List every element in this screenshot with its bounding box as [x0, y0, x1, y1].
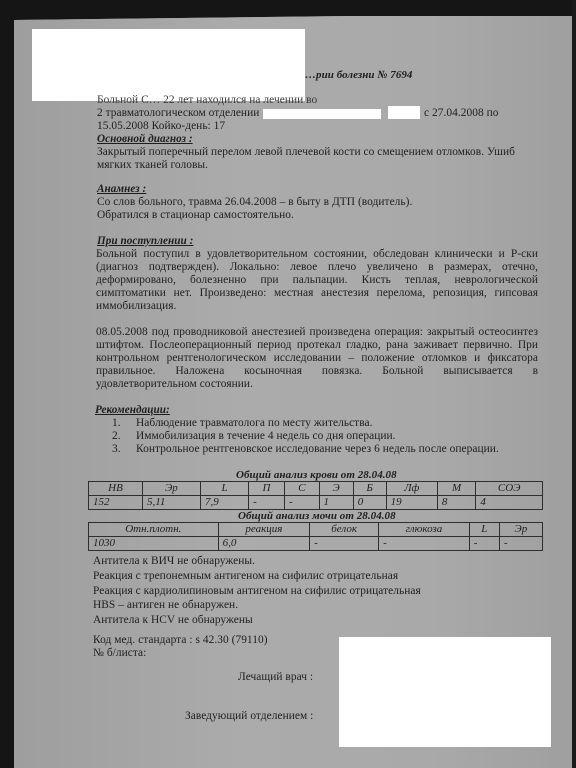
table-header-cell: Отн.плотн.	[89, 523, 219, 537]
intro-dates: с 27.04.2008 по	[424, 107, 499, 120]
table-cell: 152	[89, 496, 143, 510]
table-header-cell: L	[469, 523, 499, 537]
table-cell: 19	[386, 496, 437, 510]
redaction-header	[32, 29, 305, 101]
blood-test-table: HBЭр LП СЭ БЛф МСОЭ 1525,11 7,9- -1 019 …	[88, 481, 543, 510]
table-header-cell: HB	[89, 482, 143, 496]
sick-leave-number: № б/листа:	[93, 647, 146, 660]
standard-code: Код мед. стандарта : s 42.30 (79110)	[93, 634, 268, 647]
document-title: …рии болезни № 7694	[305, 69, 412, 82]
table-header-cell: Б	[353, 482, 386, 496]
serology-line: Антитела к HCV не обнаружены	[93, 614, 253, 627]
attending-doctor-label: Лечащий врач :	[238, 671, 313, 684]
intro-department: 2 травматологическом отделении	[97, 107, 259, 119]
admission-heading: При поступлении :	[97, 235, 193, 248]
table-cell: 8	[437, 496, 475, 510]
page-edge-shadow	[572, 0, 576, 768]
table-header-cell: L	[200, 482, 248, 496]
table-header-cell: Эр	[142, 482, 200, 496]
table-header-cell: П	[249, 482, 285, 496]
serology-line: Реакция с трепонемным антигеном на сифил…	[93, 570, 398, 583]
table-cell: -	[469, 537, 499, 551]
recommendations-heading: Рекомендации:	[95, 404, 170, 417]
table-cell: -	[249, 496, 285, 510]
table-cell: -	[310, 537, 379, 551]
table-cell: -	[499, 537, 542, 551]
serology-line: HBS – антиген не обнаружен.	[93, 599, 238, 612]
intro-patient: Больной С… 22 лет находился на лечении в…	[97, 94, 317, 106]
table-header-cell: Эр	[499, 523, 542, 537]
urine-test-values-row: 10306,0 -- --	[89, 537, 543, 551]
blood-test-header-row: HBЭр LП СЭ БЛф МСОЭ	[89, 482, 543, 496]
table-cell: 1	[319, 496, 353, 510]
table-cell: 7,9	[200, 496, 248, 510]
table-header-cell: Лф	[386, 482, 437, 496]
table-cell: 4	[476, 496, 543, 510]
urine-test-table: Отн.плотн.реакция белокглюкоза LЭр 10306…	[88, 522, 543, 551]
main-diagnosis-heading: Основной диагноз :	[97, 133, 193, 146]
table-cell: 6,0	[218, 537, 309, 551]
table-cell: -	[284, 496, 319, 510]
recommendation-item: 1.Наблюдение травматолога по месту жител…	[112, 417, 499, 430]
anamnesis-line-2: Обратился в стационар самостоятельно.	[97, 209, 294, 222]
recommendation-item: 2.Иммобилизация в течение 4 недель со дн…	[112, 430, 499, 443]
table-cell: 0	[353, 496, 386, 510]
anamnesis-heading: Анамнез :	[97, 183, 146, 196]
table-header-cell: реакция	[218, 523, 309, 537]
urine-test-header-row: Отн.плотн.реакция белокглюкоза LЭр	[89, 523, 543, 537]
blood-test-values-row: 1525,11 7,9- -1 019 84	[89, 496, 543, 510]
anamnesis-line-1: Со слов больного, травма 26.04.2008 – в …	[97, 196, 412, 209]
table-header-cell: белок	[310, 523, 379, 537]
table-cell: 5,11	[142, 496, 200, 510]
intro-line-1: Больной С… 22 лет находился на лечении в…	[97, 94, 317, 107]
intro-line-2: 2 травматологическом отделении с 27.04.2…	[97, 107, 507, 120]
serology-line: Реакция с кардиолипиновым антигеном на с…	[93, 585, 421, 598]
recommendations-list: 1.Наблюдение травматолога по месту жител…	[112, 417, 499, 456]
table-header-cell: глюкоза	[379, 523, 470, 537]
table-cell: 1030	[89, 537, 219, 551]
intro-line-3: 15.05.2008 Койко-день: 17	[97, 120, 225, 133]
serology-line: Антитела к ВИЧ не обнаружены.	[93, 555, 255, 568]
recommendation-item: 3.Контрольное рентгеновское исследование…	[112, 443, 499, 456]
admission-text: Больной поступил в удовлетворительном со…	[96, 248, 538, 313]
redaction-signatures	[339, 637, 551, 747]
table-cell: -	[379, 537, 470, 551]
table-header-cell: Э	[319, 482, 353, 496]
table-header-cell: С	[284, 482, 319, 496]
table-header-cell: М	[437, 482, 475, 496]
head-of-department-label: Заведующий отделением :	[185, 710, 313, 723]
main-diagnosis-text: Закрытый поперечный перелом левой плечев…	[97, 146, 517, 172]
table-header-cell: СОЭ	[476, 482, 543, 496]
operation-text: 08.05.2008 под проводниковой анестезией …	[96, 326, 538, 391]
